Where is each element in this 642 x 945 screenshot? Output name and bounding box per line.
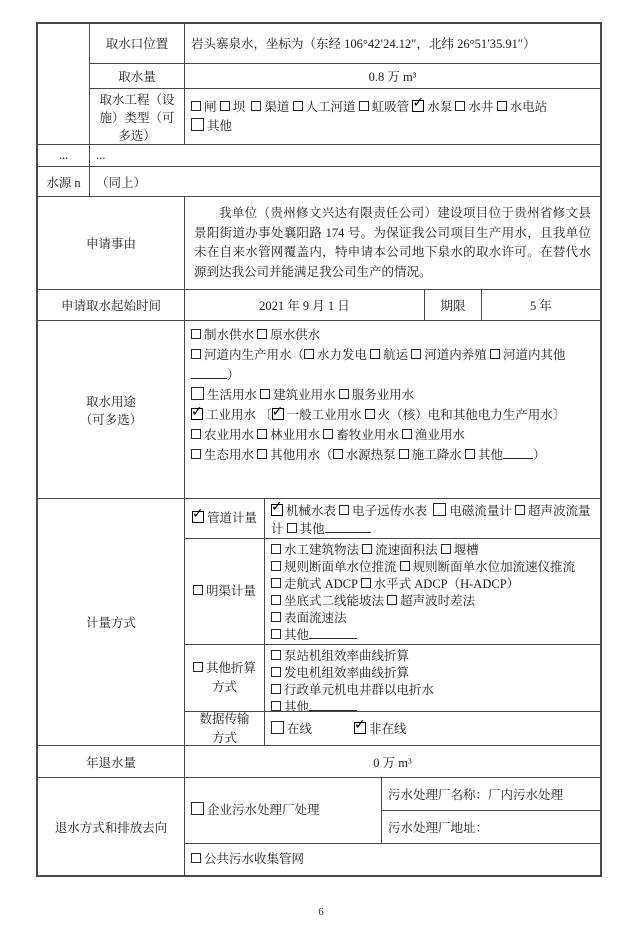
option-label: 行政单元机电井群以电折水 xyxy=(284,683,434,697)
intake-works-options: 闸 坝 渠道 人工河道 虹吸管 水泵 水井 水电站其他 xyxy=(185,89,600,144)
checkbox-checked-icon xyxy=(271,504,283,516)
option-label: 在线 xyxy=(287,722,312,736)
metering-transmission-label: 数据传输方式 xyxy=(185,712,265,746)
ellipsis-value: ... xyxy=(90,145,600,166)
option-line: 表面流速法 xyxy=(271,610,594,627)
option-label: 电磁流量计 xyxy=(449,504,515,518)
metering-open-channel-label: 明渠计量 xyxy=(185,539,265,644)
option-label: 生活用水 xyxy=(207,388,260,402)
option-label: 火（核）电和其他电力生产用水〕 xyxy=(378,408,566,422)
checkbox-icon xyxy=(191,449,201,459)
annual-return-row: 年退水量 0 万 m³ xyxy=(38,746,600,778)
checkbox-icon xyxy=(191,802,204,815)
intake-location-value: 岩头寨泉水，坐标为（东经 106°42′24.12″，北纬 26°51′35.9… xyxy=(185,24,600,63)
option-label: 一般工业用水 xyxy=(287,408,365,422)
option-label: 制水供水 xyxy=(204,328,257,342)
option-label: 水工建筑物法 xyxy=(284,543,362,557)
metering-label: 计量方式 xyxy=(38,499,185,745)
option-label: 其他 xyxy=(207,119,232,133)
option-label: 水力发电 xyxy=(317,348,370,362)
checkbox-icon xyxy=(271,612,281,622)
option-line: 在线非在线 xyxy=(271,720,407,739)
source-col-spanner-cell xyxy=(38,24,90,144)
option-label: 原水供水 xyxy=(270,328,320,342)
option-label: 坐底式二线能坡法 xyxy=(284,594,387,608)
option-line: 农业用水 林业用水 畜牧业用水 渔业用水 xyxy=(191,425,594,445)
metering-transmission-row: 数据传输方式 在线非在线 xyxy=(185,712,600,746)
checkbox-icon xyxy=(271,595,281,605)
start-time-value: 2021 年 9 月 1 日 xyxy=(185,290,425,320)
option-line: 规则断面单水位推流 规则断面单水位加流速仪推流 xyxy=(271,559,594,576)
checkbox-checked-icon xyxy=(192,511,204,523)
annual-return-label: 年退水量 xyxy=(38,746,185,777)
option-label: 企业污水处理厂处理 xyxy=(207,803,320,817)
option-label: 非在线 xyxy=(369,722,407,736)
checkbox-icon xyxy=(339,389,349,399)
option-line: 水工建筑物法 流速面积法 堰槽 xyxy=(271,542,594,559)
checkbox-icon xyxy=(362,544,372,554)
drainage-public-option: 公共污水收集管网 xyxy=(185,844,600,875)
ellipsis-row: ... ... xyxy=(38,145,600,167)
checkbox-icon xyxy=(191,101,201,111)
option-label: 其他 xyxy=(478,448,503,462)
option-line: 方式 xyxy=(212,729,237,746)
checkbox-icon xyxy=(490,349,500,359)
option-line: 制水供水 原水供水 xyxy=(191,325,594,345)
checkbox-icon xyxy=(433,503,446,516)
blank-underline xyxy=(325,521,371,533)
checkbox-icon xyxy=(387,595,397,605)
option-line: 管道计量 xyxy=(192,509,257,528)
blank-underline xyxy=(503,447,533,459)
option-line: 其他 xyxy=(191,117,594,136)
option-label: 规则断面单水位推流 xyxy=(284,560,400,574)
checkbox-icon xyxy=(257,329,267,339)
usage-row: 取水用途 （可多选） 制水供水 原水供水河道内生产用水（水力发电 航运 河道内养… xyxy=(38,321,600,499)
drainage-public-row: 公共污水收集管网 xyxy=(185,844,600,875)
checkbox-icon xyxy=(191,387,204,400)
metering-pipe-row: 管道计量 机械水表 电子远传水表 电磁流量计 超声波流量计 其他 xyxy=(185,499,600,539)
plant-name-row: 污水处理厂名称：厂内污水处理 xyxy=(382,778,600,811)
option-line: 其他 xyxy=(271,699,594,711)
option-label: 管道计量 xyxy=(207,511,257,525)
term-label: 期限 xyxy=(425,290,482,320)
checkbox-icon xyxy=(191,329,201,339)
option-label: 渠道 xyxy=(264,100,292,114)
checkbox-icon xyxy=(402,429,412,439)
option-label: 其他用水（ xyxy=(270,448,333,462)
intake-volume-label: 取水量 xyxy=(90,64,185,89)
usage-label: 取水用途 （可多选） xyxy=(38,321,185,498)
option-label: 水电站 xyxy=(510,100,548,114)
metering-other-conversion-options: 泵站机组效率曲线折算发电机组效率曲线折算行政单元机电井群以电折水其他 xyxy=(265,645,600,711)
checkbox-icon xyxy=(455,101,465,111)
option-label: 农业用水 xyxy=(204,428,257,442)
checkbox-icon xyxy=(271,701,281,711)
intake-volume-row: 取水量 0.8 万 m³ xyxy=(90,64,600,90)
checkbox-icon xyxy=(304,349,314,359)
option-line: 泵站机组效率曲线折算 xyxy=(271,648,594,665)
intake-works-label: 取水工程（设 施）类型（可 多选） xyxy=(90,89,185,144)
checkbox-icon xyxy=(271,561,281,571)
option-label: 工业用水 〔 xyxy=(206,408,272,422)
option-label: ） xyxy=(533,448,546,462)
checkbox-icon xyxy=(193,662,203,672)
plant-address-row: 污水处理厂地址： xyxy=(382,811,600,844)
checkbox-icon xyxy=(465,449,475,459)
option-line: 工业用水 〔一般工业用水 火（核）电和其他电力生产用水〕 xyxy=(191,405,594,425)
start-time-label: 申请取水起始时间 xyxy=(38,290,185,320)
checkbox-icon xyxy=(260,389,270,399)
metering-open-channel-row: 明渠计量 水工建筑物法 流速面积法 堰槽规则断面单水位推流 规则断面单水位加流速… xyxy=(185,539,600,645)
checkbox-checked-icon xyxy=(354,722,366,734)
option-label: 超声波时差法 xyxy=(400,594,475,608)
checkbox-icon xyxy=(287,523,297,533)
option-line: 行政单元机电井群以电折水 xyxy=(271,682,594,699)
intake-location-row: 取水口位置 岩头寨泉水，坐标为（东经 106°42′24.12″，北纬 26°5… xyxy=(90,24,600,64)
option-label: 河道内养殖 xyxy=(424,348,490,362)
checkbox-icon xyxy=(411,349,421,359)
checkbox-icon xyxy=(361,578,371,588)
option-line: 公共污水收集管网 xyxy=(191,850,304,869)
option-label: 水泵 xyxy=(427,100,455,114)
option-label: 其他 xyxy=(284,700,309,711)
checkbox-icon xyxy=(271,629,281,639)
checkbox-icon xyxy=(220,101,230,111)
checkbox-checked-icon xyxy=(412,100,424,112)
checkbox-icon xyxy=(293,101,303,111)
source-n-row: 水源 n （同上） xyxy=(38,167,600,197)
option-label: 航运 xyxy=(383,348,411,362)
reason-cell: 我单位（贵州修文兴达有限责任公司）建设项目位于贵州省修文县景阳街道办事处襄阳路 … xyxy=(185,197,600,289)
option-label: 河道内其他 xyxy=(503,348,566,362)
option-line: 生态用水 其他用水（水源热泵 施工降水 其他） xyxy=(191,445,594,465)
option-label: 规则断面单水位加流速仪推流 xyxy=(413,560,576,574)
option-label: 走航式 ADCP xyxy=(284,577,361,591)
option-label: 河道内生产用水（ xyxy=(204,348,304,362)
option-line: 企业污水处理厂处理 xyxy=(191,801,320,820)
reason-row: 申请事由 我单位（贵州修文兴达有限责任公司）建设项目位于贵州省修文县景阳街道办事… xyxy=(38,197,600,290)
option-line: 其他折算 xyxy=(193,659,256,678)
plant-address: 污水处理厂地址： xyxy=(382,811,600,844)
drainage-enterprise-option: 企业污水处理厂处理 xyxy=(185,778,382,843)
option-label: 电子远传水表 xyxy=(352,504,433,518)
checkbox-icon xyxy=(271,667,281,677)
checkbox-icon xyxy=(251,101,261,111)
option-label: 水平式 ADCP（H-ADCP） xyxy=(374,577,520,591)
usage-options: 制水供水 原水供水河道内生产用水（水力发电 航运 河道内养殖 河道内其他）生活用… xyxy=(185,321,600,498)
plant-name: 污水处理厂名称：厂内污水处理 xyxy=(382,778,600,810)
option-line: 机械水表 电子远传水表 电磁流量计 超声波流量计 其他 xyxy=(271,502,594,538)
checkbox-icon xyxy=(191,853,201,863)
option-label: 虹吸管 xyxy=(372,100,413,114)
option-line: 发电机组效率曲线折算 xyxy=(271,665,594,682)
option-label: 其他 xyxy=(284,628,309,642)
checkbox-icon xyxy=(271,544,281,554)
metering-other-conversion-label: 其他折算方式 xyxy=(185,645,265,711)
checkbox-icon xyxy=(271,650,281,660)
option-label: 流速面积法 xyxy=(375,543,441,557)
option-label: 泵站机组效率曲线折算 xyxy=(284,649,409,663)
checkbox-icon xyxy=(441,544,451,554)
source-n-head: 水源 n xyxy=(38,167,90,196)
option-label: 林业用水 xyxy=(270,428,323,442)
option-line: 河道内生产用水（水力发电 航运 河道内养殖 河道内其他） xyxy=(191,345,594,385)
option-label: 生态用水 xyxy=(204,448,257,462)
blank-underline xyxy=(191,367,227,379)
option-line: 生活用水 建筑业用水 服务业用水 xyxy=(191,385,594,405)
option-line: 明渠计量 xyxy=(193,582,256,601)
option-label: 坝 xyxy=(233,100,252,114)
checkbox-icon xyxy=(257,449,267,459)
option-line: 走航式 ADCP 水平式 ADCP（H-ADCP） xyxy=(271,576,594,593)
metering-transmission-options: 在线非在线 xyxy=(265,712,600,746)
water-permit-table: 取水口位置 岩头寨泉水，坐标为（东经 106°42′24.12″，北纬 26°5… xyxy=(36,22,602,877)
option-label: 施工降水 xyxy=(412,448,465,462)
option-label: 渔业用水 xyxy=(415,428,465,442)
blank-underline xyxy=(309,699,357,711)
reason-text: 我单位（贵州修文兴达有限责任公司）建设项目位于贵州省修文县景阳街道办事处襄阳路 … xyxy=(185,197,600,282)
option-line: 数据传输 xyxy=(199,712,249,729)
option-label: 水井 xyxy=(468,100,496,114)
option-label: 明渠计量 xyxy=(206,584,256,598)
option-label: 其他 xyxy=(300,522,325,536)
option-label: 服务业用水 xyxy=(352,388,415,402)
checkbox-icon xyxy=(191,118,204,131)
option-label: 人工河道 xyxy=(306,100,359,114)
option-label: 建筑业用水 xyxy=(273,388,339,402)
option-line: 坐底式二线能坡法 超声波时差法 xyxy=(271,593,594,610)
start-time-row: 申请取水起始时间 2021 年 9 月 1 日 期限 5 年 xyxy=(38,290,600,321)
checkbox-icon xyxy=(193,585,203,595)
drainage-row: 退水方式和排放去向 企业污水处理厂处理 污水处理厂名称：厂内污水处理 污水处理厂… xyxy=(38,778,600,875)
checkbox-icon xyxy=(191,429,201,439)
option-label: 水源热泵 xyxy=(346,448,399,462)
checkbox-icon xyxy=(497,101,507,111)
option-label: 畜牧业用水 xyxy=(336,428,402,442)
option-line: 方式 xyxy=(212,678,237,697)
option-label: 公共污水收集管网 xyxy=(204,852,304,866)
option-label: 方式 xyxy=(212,680,237,694)
intake-works-row: 取水工程（设 施）类型（可 多选） 闸 坝 渠道 人工河道 虹吸管 水泵 水井 … xyxy=(90,89,600,144)
option-line: 其他 xyxy=(271,627,594,644)
source-detail-rowgroup: 取水口位置 岩头寨泉水，坐标为（东经 106°42′24.12″，北纬 26°5… xyxy=(38,24,600,145)
option-label: 其他折算 xyxy=(206,661,256,675)
checkbox-icon xyxy=(271,684,281,694)
source-n-value: （同上） xyxy=(90,167,600,196)
checkbox-icon xyxy=(271,578,281,588)
term-value: 5 年 xyxy=(482,290,600,320)
option-label: 方式 xyxy=(212,731,237,745)
intake-location-label: 取水口位置 xyxy=(90,24,185,63)
checkbox-checked-icon xyxy=(272,408,284,420)
annual-return-value: 0 万 m³ xyxy=(185,746,600,777)
checkbox-icon xyxy=(400,561,410,571)
option-line: 闸 坝 渠道 人工河道 虹吸管 水泵 水井 水电站 xyxy=(191,98,594,117)
checkbox-checked-icon xyxy=(191,408,203,420)
reason-label: 申请事由 xyxy=(38,197,185,289)
option-label: 发电机组效率曲线折算 xyxy=(284,666,409,680)
option-label: 堰槽 xyxy=(454,543,479,557)
intake-volume-value: 0.8 万 m³ xyxy=(185,64,600,89)
checkbox-icon xyxy=(515,505,525,515)
metering-pipe-options: 机械水表 电子远传水表 电磁流量计 超声波流量计 其他 xyxy=(265,499,600,538)
checkbox-icon xyxy=(339,505,349,515)
option-label: 数据传输 xyxy=(199,712,249,726)
checkbox-icon xyxy=(323,429,333,439)
checkbox-icon xyxy=(359,101,369,111)
option-label: 闸 xyxy=(204,100,220,114)
option-label: ） xyxy=(227,368,240,382)
checkbox-icon xyxy=(365,409,375,419)
checkbox-icon xyxy=(191,349,201,359)
metering-other-conversion-row: 其他折算方式 泵站机组效率曲线折算发电机组效率曲线折算行政单元机电井群以电折水其… xyxy=(185,645,600,712)
checkbox-icon xyxy=(399,449,409,459)
blank-underline xyxy=(309,627,357,639)
option-label: 表面流速法 xyxy=(284,611,347,625)
checkbox-icon xyxy=(333,449,343,459)
checkbox-icon xyxy=(370,349,380,359)
drainage-enterprise-row: 企业污水处理厂处理 污水处理厂名称：厂内污水处理 污水处理厂地址： xyxy=(185,778,600,844)
drainage-label: 退水方式和排放去向 xyxy=(38,778,185,875)
checkbox-icon xyxy=(271,721,284,734)
option-label: 机械水表 xyxy=(286,504,339,518)
metering-row: 计量方式 管道计量 机械水表 电子远传水表 电磁流量计 超声波流量计 其他 明渠… xyxy=(38,499,600,746)
metering-pipe-label: 管道计量 xyxy=(185,499,265,538)
page-number: 6 xyxy=(0,906,642,918)
form-page: 取水口位置 岩头寨泉水，坐标为（东经 106°42′24.12″，北纬 26°5… xyxy=(0,0,642,945)
ellipsis-head: ... xyxy=(38,145,90,166)
checkbox-icon xyxy=(257,429,267,439)
metering-open-channel-options: 水工建筑物法 流速面积法 堰槽规则断面单水位推流 规则断面单水位加流速仪推流走航… xyxy=(265,539,600,644)
